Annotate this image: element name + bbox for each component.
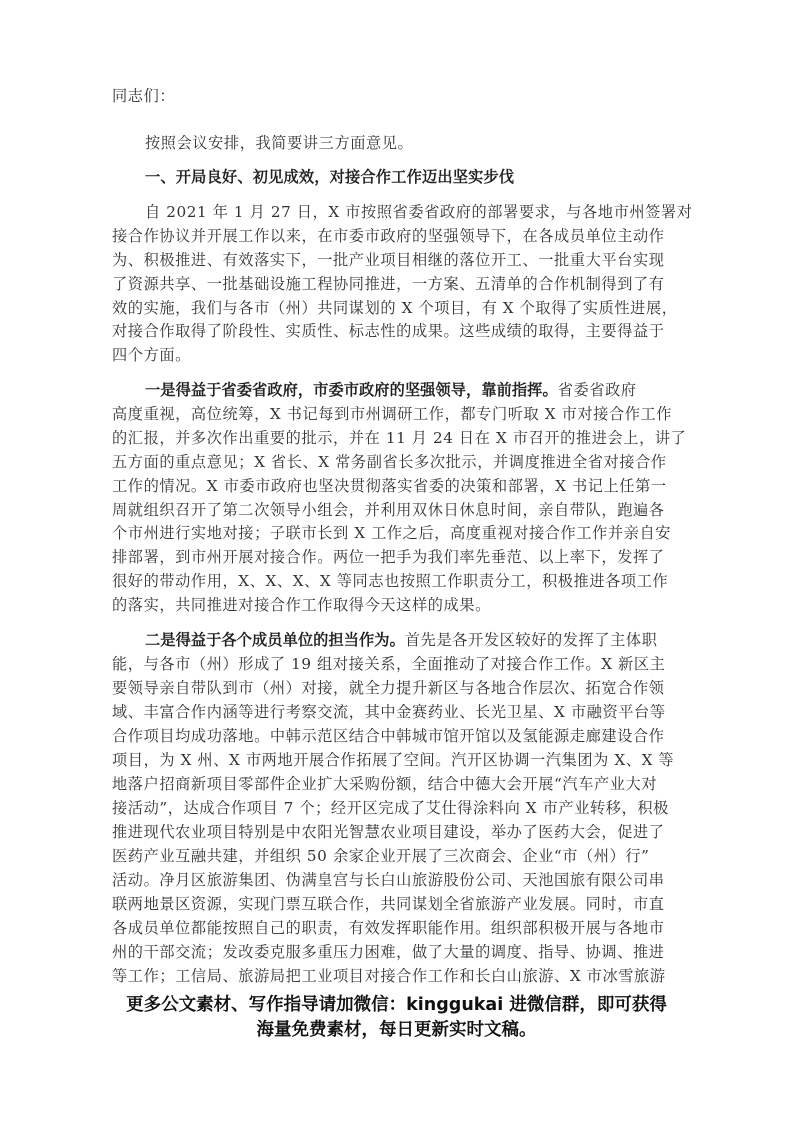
paragraph-3-line: 能，与各市（州）形成了 19 组对接关系，全面推动了对接合作工作。X 新区主	[112, 654, 680, 674]
paragraph-3-line: 要领导亲自带队到市（州）对接，就全力提升新区与各地合作层次、拓宽合作领	[112, 678, 680, 698]
paragraph-2-lead: 一是得益于省委省政府，市委市政府的坚强领导，靠前指挥。	[145, 381, 558, 399]
paragraph-3-line: 推进现代农业项目特别是中农阳光智慧农业项目建设，举办了医药大会，促进了	[112, 822, 680, 842]
paragraph-3-line: 等工作；工信局、旅游局把工业项目对接合作工作和长白山旅游、X 市冰雪旅游	[112, 966, 680, 986]
paragraph-2-line: 个市州进行实地对接；子联市长到 X 工作之后，高度重视对接合作工作并亲自安	[112, 523, 680, 543]
paragraph-3-first-line: 二是得益于各个成员单位的担当作为。首先是各开发区较好的发挥了主体职	[145, 630, 680, 650]
paragraph-3-line: 合作项目均成功落地。中韩示范区结合中韩城市馆开馆以及氢能源走廊建设合作	[112, 726, 680, 746]
paragraph-3-line: 州的干部交流；发改委克服多重压力困难，做了大量的调度、指导、协调、推进	[112, 942, 680, 962]
paragraph-1-line: 四个方面。	[112, 345, 680, 365]
paragraph-3-line: 项目，为 X 州、X 市两地开展合作拓展了空间。汽开区协调一汽集团为 X、X 等	[112, 750, 680, 770]
paragraph-1-line: 自 2021 年 1 月 27 日，X 市按照省委省政府的部署要求，与各地市州签…	[145, 202, 680, 222]
intro-paragraph: 按照会议安排，我简要讲三方面意见。	[145, 133, 680, 153]
paragraph-3-line: 医药产业互融共建，并组织 50 余家企业开展了三次商会、企业“市（州）行”	[112, 846, 680, 866]
paragraph-2-lead-rest: 省委省政府	[558, 381, 637, 399]
paragraph-2-line: 工作的情况。X 市委市政府也坚决贯彻落实省委的决策和部署，X 书记上任第一	[112, 476, 680, 496]
paragraph-2-line: 的汇报，并多次作出重要的批示，并在 11 月 24 日在 X 市召开的推进会上，…	[112, 428, 680, 448]
paragraph-3-line: 接活动”，达成合作项目 7 个；经开区完成了艾仕得涂料向 X 市产业转移，积极	[112, 798, 680, 818]
paragraph-2-line: 周就组织召开了第二次领导小组会，并利用双休日休息时间，亲自带队，跑遍各	[112, 500, 680, 520]
footer-promo-line-1: 更多公文素材、写作指导请加微信：kinggukai 进微信群，即可获得	[0, 993, 793, 1017]
paragraph-3-line: 活动。净月区旅游集团、伪满皇宫与长白山旅游股份公司、天池国旅有限公司串	[112, 870, 680, 890]
paragraph-3-line: 各成员单位都能按照自己的职责，有效发挥职能作用。组织部积极开展与各地市	[112, 918, 680, 938]
paragraph-1-line: 对接合作取得了阶段性、实质性、标志性的成果。这些成绩的取得，主要得益于	[112, 321, 680, 341]
paragraph-1-line: 为、积极推进、有效落实下，一批产业项目相继的落位开工、一批重大平台实现	[112, 250, 680, 270]
paragraph-2-line: 的落实，共同推进对接合作工作取得今天这样的成果。	[112, 595, 680, 615]
paragraph-3-line: 联两地景区资源，实现门票互联合作，共同谋划全省旅游产业发展。同时，市直	[112, 894, 680, 914]
paragraph-3-line: 域、丰富合作内涵等进行考察交流，其中金赛药业、长光卫星、X 市融资平台等	[112, 702, 680, 722]
paragraph-3-lead: 二是得益于各个成员单位的担当作为。	[145, 631, 405, 649]
document-page: 同志们： 按照会议安排，我简要讲三方面意见。 一、开局良好、初见成效，对接合作工…	[0, 0, 793, 1122]
paragraph-2-line: 高度重视，高位统筹，X 书记每到市州调研工作，都专门听取 X 市对接合作工作	[112, 404, 680, 424]
paragraph-1-line: 接合作协议并开展工作以来，在市委市政府的坚强领导下，在各成员单位主动作	[112, 226, 680, 246]
paragraph-3-line: 地落户招商新项目零部件企业扩大采购份额，结合中德大会开展“汽车产业大对	[112, 774, 680, 794]
paragraph-3-lead-rest: 首先是各开发区较好的发挥了主体职	[405, 631, 658, 649]
paragraph-1-line: 了资源共享、一批基础设施工程协同推进，一方案、五清单的合作机制得到了有	[112, 274, 680, 294]
paragraph-2-line: 排部署，到市州开展对接合作。两位一把手为我们率先垂范、以上率下，发挥了	[112, 547, 680, 567]
paragraph-1-line: 效的实施，我们与各市（州）共同谋划的 X 个项目，有 X 个取得了实质性进展，	[112, 298, 680, 318]
section-1-heading: 一、开局良好、初见成效，对接合作工作迈出坚实步伐	[145, 167, 680, 187]
paragraph-2-first-line: 一是得益于省委省政府，市委市政府的坚强领导，靠前指挥。省委省政府	[145, 380, 680, 400]
salutation: 同志们：	[112, 86, 680, 106]
paragraph-2-line: 五方面的重点意见；X 省长、X 常务副省长多次批示，并调度推进全省对接合作	[112, 452, 680, 472]
paragraph-2-line: 很好的带动作用，X、X、X、X 等同志也按照工作职责分工，积极推进各项工作	[112, 571, 680, 591]
footer-promo-line-2: 海量免费素材，每日更新实时文稿。	[0, 1018, 793, 1042]
